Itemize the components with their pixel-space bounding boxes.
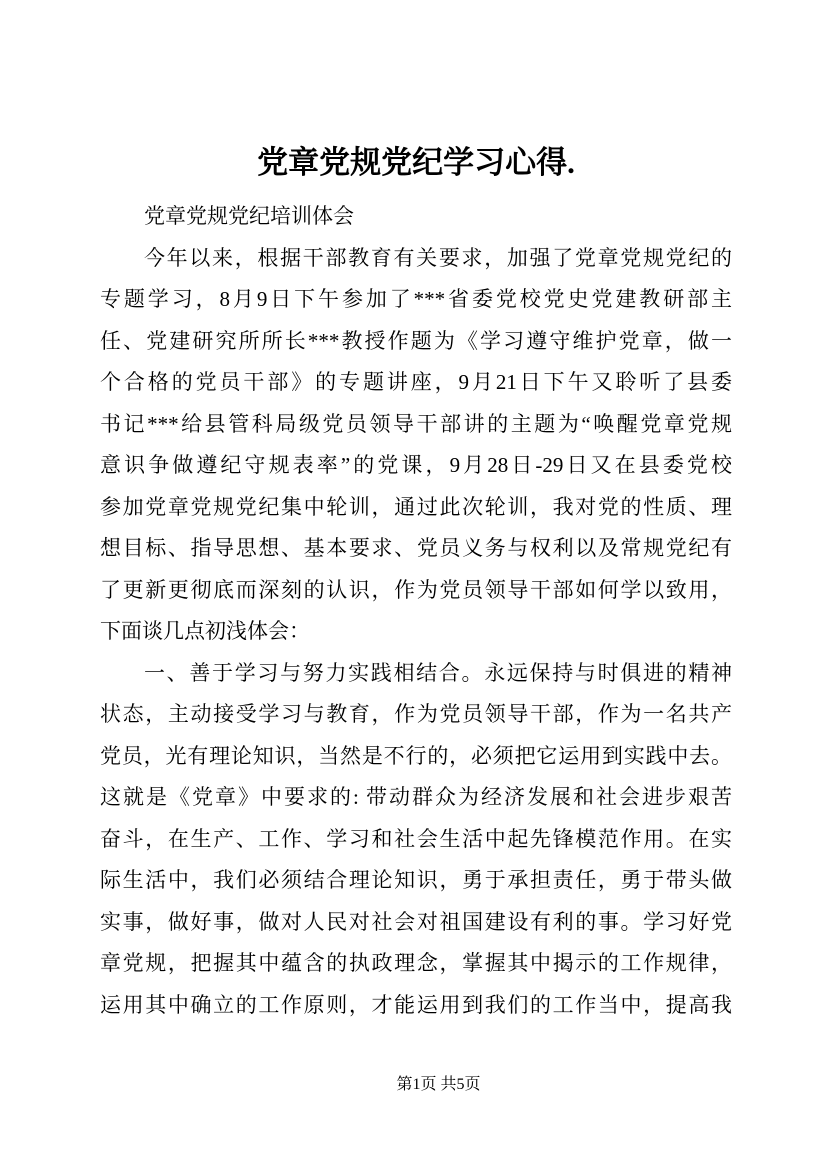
paragraph: 今年以来，根据干部教育有关要求，加强了党章党规党纪的专题学习，8月9日下午参加了… [100, 238, 732, 653]
text-line: 专题学习，8月9日下午参加了***省委党校党史党建教研部主 [100, 279, 732, 321]
text-line: 际生活中，我们必须结合理论知识，勇于承担责任，勇于带头做 [100, 860, 732, 902]
document-content: 党章党规党纪学习心得. 党章党规党纪培训体会 今年以来，根据干部教育有关要求，加… [100, 0, 732, 1026]
text-line: 奋斗，在生产、工作、学习和社会生活中起先锋模范作用。在实 [100, 819, 732, 861]
page-footer: 第1页 共5页 [0, 1074, 827, 1096]
text-line: 一、善于学习与努力实践相结合。永远保持与时俱进的精神 [100, 653, 732, 695]
text-line: 状态，主动接受学习与教育，作为党员领导干部，作为一名共产 [100, 694, 732, 736]
text-line: 运用其中确立的工作原则，才能运用到我们的工作当中，提高我 [100, 985, 732, 1027]
text-line: 参加党章党规党纪集中轮训，通过此次轮训，我对党的性质、理 [100, 487, 732, 529]
document-page: 党章党规党纪学习心得. 党章党规党纪培训体会 今年以来，根据干部教育有关要求，加… [0, 0, 827, 1170]
paragraph: 一、善于学习与努力实践相结合。永远保持与时俱进的精神状态，主动接受学习与教育，作… [100, 653, 732, 1027]
text-line: 这就是《党章》中要求的: 带动群众为经济发展和社会进步艰苦 [100, 777, 732, 819]
text-line: 了更新更彻底而深刻的认识，作为党员领导干部如何学以致用， [100, 570, 732, 612]
text-line: 个合格的党员干部》的专题讲座，9月21日下午又聆听了县委 [100, 362, 732, 404]
page-number-label: 第1页 共5页 [396, 1076, 480, 1093]
document-title: 党章党规党纪学习心得. [100, 0, 732, 188]
text-line: 想目标、指导思想、基本要求、党员义务与权利以及常规党纪有 [100, 528, 732, 570]
text-line: 章党规，把握其中蕴含的执政理念，掌握其中揭示的工作规律， [100, 943, 732, 985]
text-line: 意识争做遵纪守规表率”的党课，9月28日-29日又在县委党校 [100, 445, 732, 487]
text-line: 任、党建研究所所长***教授作题为《学习遵守维护党章，做一 [100, 321, 732, 363]
text-line: 党员，光有理论知识，当然是不行的，必须把它运用到实践中去。 [100, 736, 732, 778]
text-line: 实事，做好事，做对人民对社会对祖国建设有利的事。学习好党 [100, 902, 732, 944]
text-line: 下面谈几点初浅体会： [100, 611, 732, 653]
text-line: 书记***给县管科局级党员领导干部讲的主题为“唤醒党章党规 [100, 404, 732, 446]
document-subtitle: 党章党规党纪培训体会 [100, 196, 732, 238]
text-line: 今年以来，根据干部教育有关要求，加强了党章党规党纪的 [100, 238, 732, 280]
document-body: 今年以来，根据干部教育有关要求，加强了党章党规党纪的专题学习，8月9日下午参加了… [100, 238, 732, 1027]
